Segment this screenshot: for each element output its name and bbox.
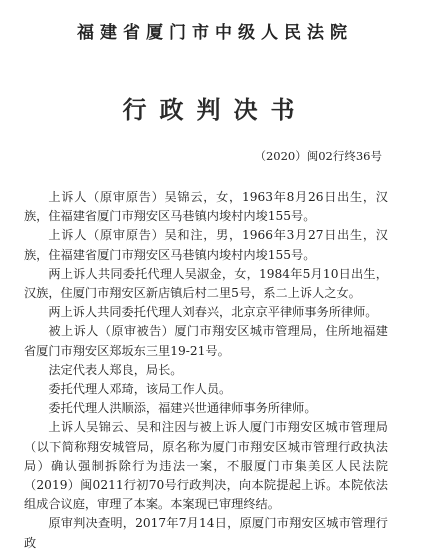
paragraph-agent-1: 两上诉人共同委托代理人吴淑金，女，1984年5月10日出生，汉族，住厦门市翔安区… <box>24 265 388 303</box>
case-number: （2020）闽02行终36号 <box>254 148 382 164</box>
paragraph-agent-2: 两上诉人共同委托代理人刘春兴，北京京平律师事务所律师。 <box>24 303 388 322</box>
paragraph-findings: 原审判决查明，2017年7月14日，原厦门市翔安区城市管理行政 <box>24 514 388 552</box>
paragraph-case-summary: 上诉人吴锦云、吴和注因与被上诉人厦门市翔安区城市管理局（以下简称翔安城管局，原名… <box>24 418 388 514</box>
paragraph-appellant-1: 上诉人（原审原告）吴锦云，女，1963年8月26日出生，汉族，住福建省厦门市翔安… <box>24 188 388 226</box>
paragraph-appellee: 被上诉人（原审被告）厦门市翔安区城市管理局，住所地福建省厦门市翔安区郑坂东三里1… <box>24 322 388 360</box>
court-name: 福建省厦门市中级人民法院 <box>0 18 430 43</box>
paragraph-appellee-agent-1: 委托代理人邓琦，该局工作人员。 <box>24 380 388 399</box>
paragraph-appellee-agent-2: 委托代理人洪顺添，福建兴世通律师事务所律师。 <box>24 399 388 418</box>
document-title: 行政判决书 <box>0 90 430 125</box>
paragraph-appellant-2: 上诉人（原审原告）吴和注，男，1966年3月27日出生，汉族，住福建省厦门市翔安… <box>24 226 388 264</box>
paragraph-legal-rep: 法定代表人郑良，局长。 <box>24 361 388 380</box>
document-body: 上诉人（原审原告）吴锦云，女，1963年8月26日出生，汉族，住福建省厦门市翔安… <box>24 188 388 553</box>
